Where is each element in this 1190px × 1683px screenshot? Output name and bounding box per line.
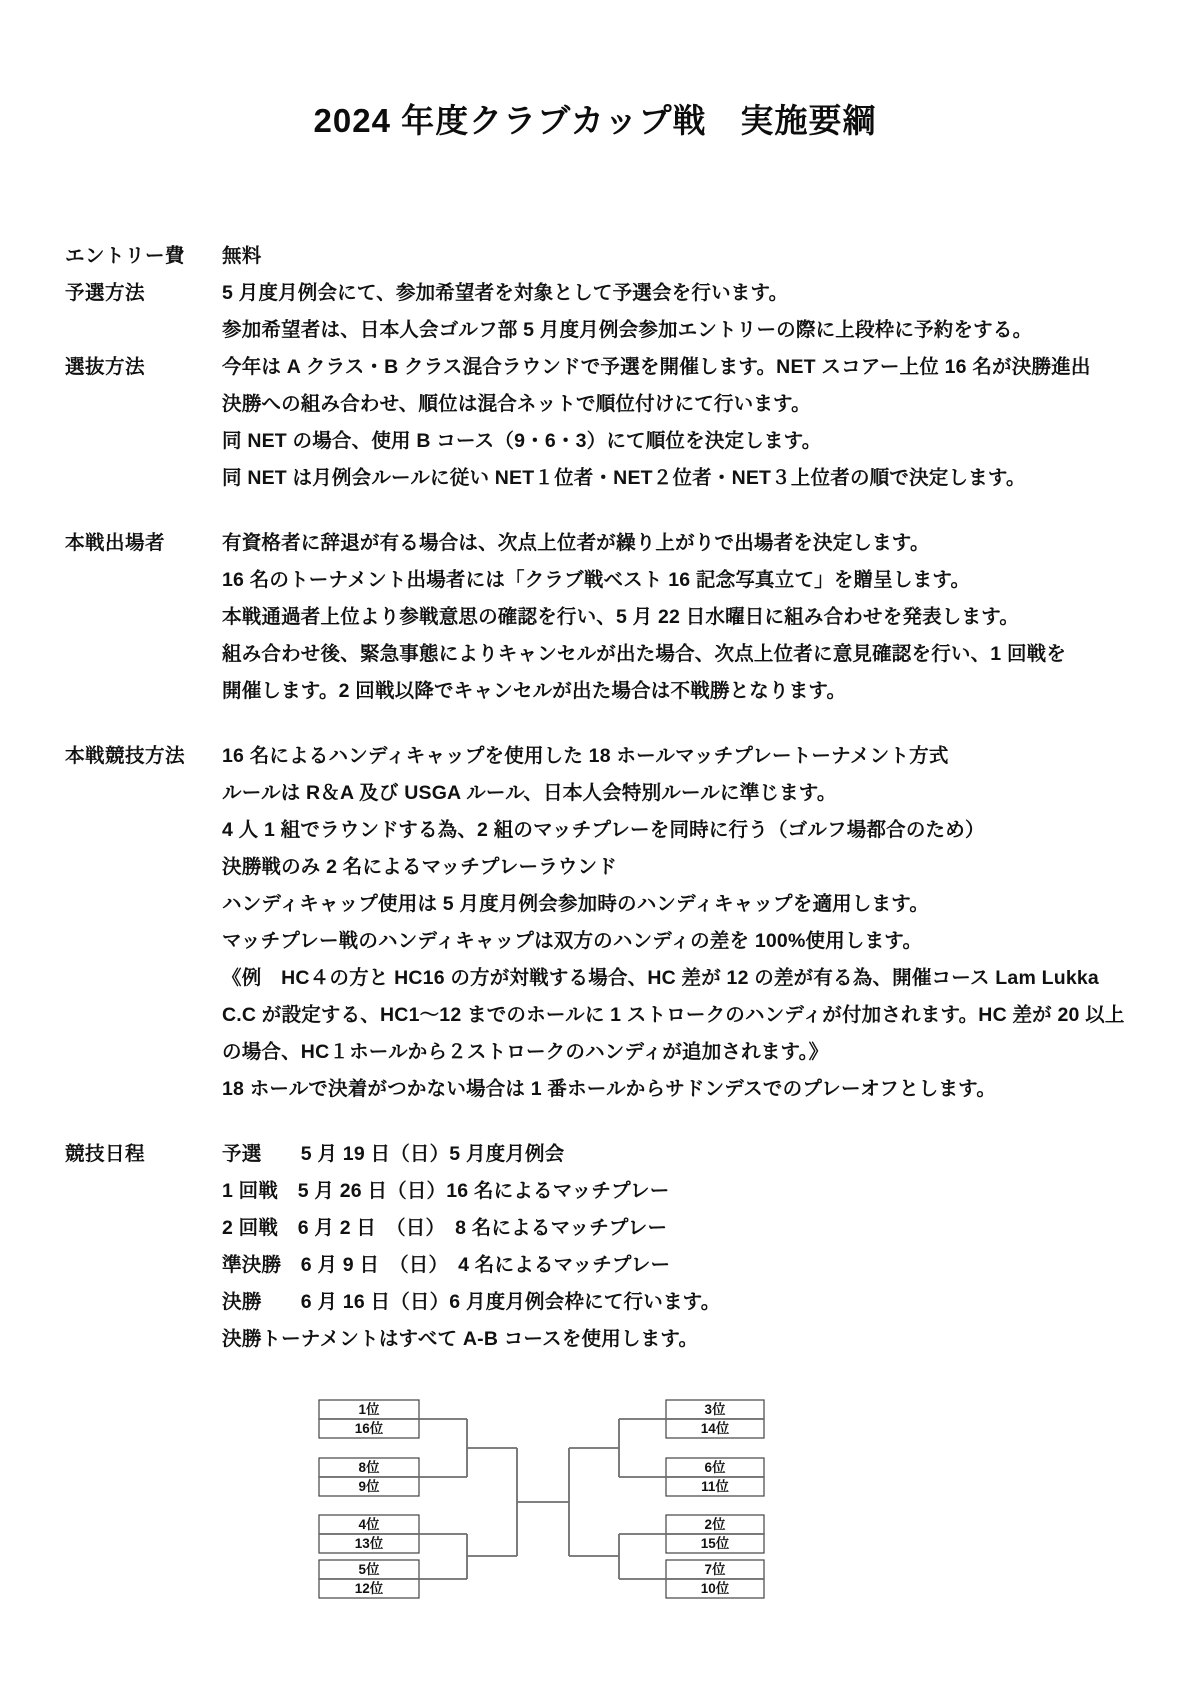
seed-label: 4位 (358, 1517, 380, 1532)
row-text: 決勝トーナメントはすべて A-B コースを使用します。 (222, 1321, 1170, 1358)
text-row: マッチプレー戦のハンディキャップは双方のハンディの差を 100%使用します。 (65, 923, 1170, 960)
section-entry-and-qualifying: エントリー費 無料 予選方法 5 月度月例会にて、参加希望者を対象として予選会を… (65, 238, 1170, 497)
text-row: C.C が設定する、HC1～12 までのホールに 1 ストロークのハンディが付加… (65, 997, 1170, 1034)
text-row: 16 名のトーナメント出場者には「クラブ戦ベスト 16 記念写真立て」を贈呈しま… (65, 562, 1170, 599)
row-text: 18 ホールで決着がつかない場合は 1 番ホールからサドンデスでのプレーオフとし… (222, 1071, 1170, 1108)
seed-label: 12位 (355, 1581, 384, 1596)
text-row: 同 NET の場合、使用 B コース（9・6・3）にて順位を決定します。 (65, 423, 1170, 460)
row-text: 同 NET の場合、使用 B コース（9・6・3）にて順位を決定します。 (222, 423, 1170, 460)
text-row: の場合、HC１ホールから２ストロークのハンディが追加されます。》 (65, 1034, 1170, 1071)
row-text: 準決勝 6 月 9 日 （日） 4 名によるマッチプレー (222, 1247, 1170, 1284)
text-row: 本戦競技方法 16 名によるハンディキャップを使用した 18 ホールマッチプレー… (65, 738, 1170, 775)
row-text: 有資格者に辞退が有る場合は、次点上位者が繰り上がりで出場者を決定します。 (222, 525, 1170, 562)
seed-label: 2位 (704, 1517, 726, 1532)
text-row: 決勝への組み合わせ、順位は混合ネットで順位付けにて行います。 (65, 386, 1170, 423)
row-text: 今年は A クラス・B クラス混合ラウンドで予選を開催します。NET スコアー上… (222, 349, 1170, 386)
text-row: エントリー費 無料 (65, 238, 1170, 275)
text-row: 2 回戦 6 月 2 日 （日） 8 名によるマッチプレー (65, 1210, 1170, 1247)
seed-label: 13位 (355, 1536, 384, 1551)
row-label: エントリー費 (65, 238, 222, 275)
seed-label: 11位 (701, 1479, 729, 1494)
seed-label: 1位 (358, 1402, 380, 1417)
row-text: 決勝戦のみ 2 名によるマッチプレーラウンド (222, 849, 1170, 886)
document-page: { "title": "2024 年度クラブカップ戦 実施要綱", "secti… (0, 0, 1190, 1683)
text-row: 選抜方法 今年は A クラス・B クラス混合ラウンドで予選を開催します。NET … (65, 349, 1170, 386)
seed-label: 7位 (704, 1562, 726, 1577)
text-row: ハンディキャップ使用は 5 月度月例会参加時のハンディキャップを適用します。 (65, 886, 1170, 923)
row-text: 予選 5 月 19 日（日）5 月度月例会 (222, 1136, 1170, 1173)
text-row: 決勝 6 月 16 日（日）6 月度月例会枠にて行います。 (65, 1284, 1170, 1321)
text-row: 競技日程 予選 5 月 19 日（日）5 月度月例会 (65, 1136, 1170, 1173)
page-title: 2024 年度クラブカップ戦 実施要綱 (0, 0, 1190, 142)
document-body: エントリー費 無料 予選方法 5 月度月例会にて、参加希望者を対象として予選会を… (0, 238, 1190, 1609)
row-text: 16 名のトーナメント出場者には「クラブ戦ベスト 16 記念写真立て」を贈呈しま… (222, 562, 1170, 599)
text-row: 同 NET は月例会ルールに従い NET１位者・NET２位者・NET３上位者の順… (65, 460, 1170, 497)
text-row: 参加希望者は、日本人会ゴルフ部 5 月度月例会参加エントリーの際に上段枠に予約を… (65, 312, 1170, 349)
row-text: 16 名によるハンディキャップを使用した 18 ホールマッチプレートーナメント方… (222, 738, 1170, 775)
row-text: の場合、HC１ホールから２ストロークのハンディが追加されます。》 (222, 1034, 1170, 1071)
row-label: 競技日程 (65, 1136, 222, 1173)
row-label: 本戦競技方法 (65, 738, 222, 775)
row-label: 選抜方法 (65, 349, 222, 386)
text-row: 4 人 1 組でラウンドする為、2 組のマッチプレーを同時に行う（ゴルフ場都合の… (65, 812, 1170, 849)
text-row: 18 ホールで決着がつかない場合は 1 番ホールからサドンデスでのプレーオフとし… (65, 1071, 1170, 1108)
row-text: 2 回戦 6 月 2 日 （日） 8 名によるマッチプレー (222, 1210, 1170, 1247)
seed-label: 14位 (701, 1421, 730, 1436)
text-row: 《例 HC４の方と HC16 の方が対戦する場合、HC 差が 12 の差が有る為… (65, 960, 1170, 997)
seed-label: 10位 (701, 1581, 730, 1596)
row-text: 決勝 6 月 16 日（日）6 月度月例会枠にて行います。 (222, 1284, 1170, 1321)
text-row: 1 回戦 5 月 26 日（日）16 名によるマッチプレー (65, 1173, 1170, 1210)
row-label: 本戦出場者 (65, 525, 222, 562)
row-text: 4 人 1 組でラウンドする為、2 組のマッチプレーを同時に行う（ゴルフ場都合の… (222, 812, 1170, 849)
text-row: 準決勝 6 月 9 日 （日） 4 名によるマッチプレー (65, 1247, 1170, 1284)
row-text: C.C が設定する、HC1～12 までのホールに 1 ストロークのハンディが付加… (222, 997, 1170, 1034)
row-text: 決勝への組み合わせ、順位は混合ネットで順位付けにて行います。 (222, 386, 1170, 423)
text-row: 組み合わせ後、緊急事態によりキャンセルが出た場合、次点上位者に意見確認を行い、1… (65, 636, 1170, 673)
text-row: 本戦通過者上位より参戦意思の確認を行い、5 月 22 日水曜日に組み合わせを発表… (65, 599, 1170, 636)
row-text: 本戦通過者上位より参戦意思の確認を行い、5 月 22 日水曜日に組み合わせを発表… (222, 599, 1170, 636)
section-main-participants: 本戦出場者 有資格者に辞退が有る場合は、次点上位者が繰り上がりで出場者を決定しま… (65, 525, 1170, 710)
row-text: 5 月度月例会にて、参加希望者を対象として予選会を行います。 (222, 275, 1170, 312)
seed-label: 5位 (358, 1562, 380, 1577)
section-schedule: 競技日程 予選 5 月 19 日（日）5 月度月例会 1 回戦 5 月 26 日… (65, 1136, 1170, 1358)
row-text: 1 回戦 5 月 26 日（日）16 名によるマッチプレー (222, 1173, 1170, 1210)
bracket-connectors (319, 1419, 764, 1579)
text-row: 予選方法 5 月度月例会にて、参加希望者を対象として予選会を行います。 (65, 275, 1170, 312)
text-row: 開催します。2 回戦以降でキャンセルが出た場合は不戦勝となります。 (65, 673, 1170, 710)
row-text: 同 NET は月例会ルールに従い NET１位者・NET２位者・NET３上位者の順… (222, 460, 1170, 497)
text-row: 決勝トーナメントはすべて A-B コースを使用します。 (65, 1321, 1170, 1358)
text-row: 本戦出場者 有資格者に辞退が有る場合は、次点上位者が繰り上がりで出場者を決定しま… (65, 525, 1170, 562)
tournament-bracket: 1位 16位 8位 9位 4位 13位 5位 12位 3位 14位 6位 11位… (307, 1394, 777, 1609)
row-text: 無料 (222, 238, 1170, 275)
row-text: 組み合わせ後、緊急事態によりキャンセルが出た場合、次点上位者に意見確認を行い、1… (222, 636, 1170, 673)
bracket-diagram: 1位 16位 8位 9位 4位 13位 5位 12位 3位 14位 6位 11位… (307, 1394, 777, 1609)
row-text: ハンディキャップ使用は 5 月度月例会参加時のハンディキャップを適用します。 (222, 886, 1170, 923)
seed-label: 8位 (358, 1460, 380, 1475)
row-text: ルールは R＆A 及び USGA ルール、日本人会特別ルールに準じます。 (222, 775, 1170, 812)
row-text: 開催します。2 回戦以降でキャンセルが出た場合は不戦勝となります。 (222, 673, 1170, 710)
bracket-boxes (319, 1400, 764, 1598)
row-label: 予選方法 (65, 275, 222, 312)
row-text: 参加希望者は、日本人会ゴルフ部 5 月度月例会参加エントリーの際に上段枠に予約を… (222, 312, 1170, 349)
section-main-competition-format: 本戦競技方法 16 名によるハンディキャップを使用した 18 ホールマッチプレー… (65, 738, 1170, 1108)
seed-label: 16位 (355, 1421, 384, 1436)
seed-label: 15位 (701, 1536, 730, 1551)
seed-label: 3位 (704, 1402, 726, 1417)
text-row: ルールは R＆A 及び USGA ルール、日本人会特別ルールに準じます。 (65, 775, 1170, 812)
text-row: 決勝戦のみ 2 名によるマッチプレーラウンド (65, 849, 1170, 886)
row-text: 《例 HC４の方と HC16 の方が対戦する場合、HC 差が 12 の差が有る為… (222, 960, 1170, 997)
row-text: マッチプレー戦のハンディキャップは双方のハンディの差を 100%使用します。 (222, 923, 1170, 960)
seed-label: 6位 (704, 1460, 726, 1475)
seed-label: 9位 (358, 1479, 380, 1494)
